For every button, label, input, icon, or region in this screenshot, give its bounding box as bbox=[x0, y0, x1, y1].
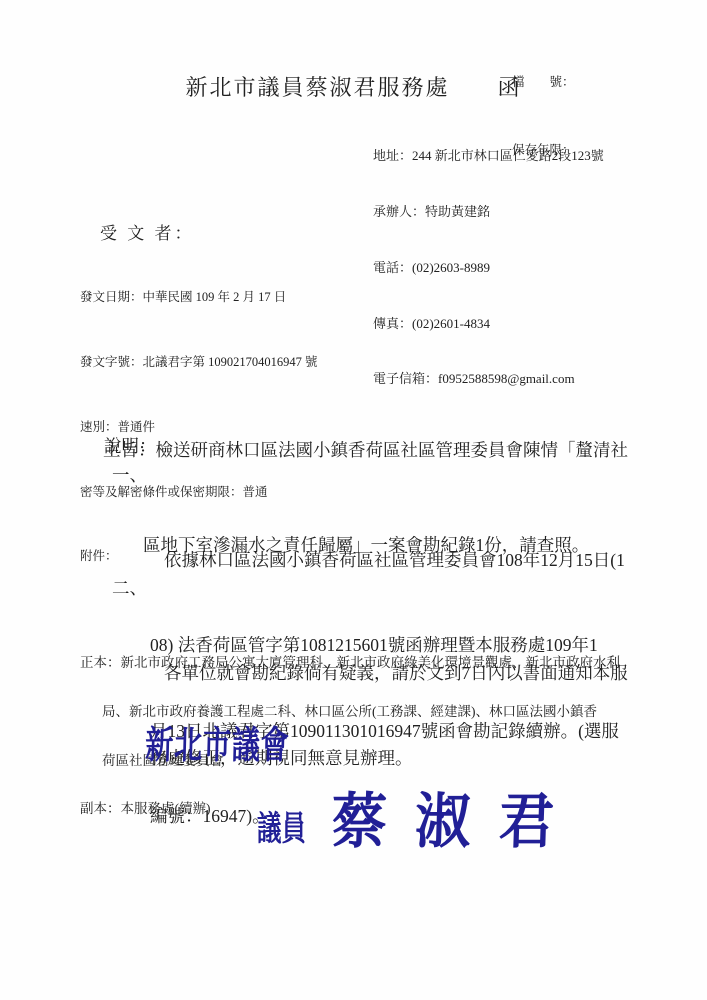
original-copy-label: 正本： bbox=[80, 655, 121, 670]
fax-value: (02)2601-4834 bbox=[412, 316, 490, 331]
handler-label: 承辦人： bbox=[373, 204, 425, 219]
signature-stamp-councilor-name: 蔡 淑 君 bbox=[330, 774, 563, 860]
issue-date-line: 發文日期：中華民國 109 年 2 月 17 日 bbox=[80, 287, 318, 309]
item-1-line-1: 依據林口區法國小鎮香荷區社區管理委員會108年12月15日(1 bbox=[150, 546, 625, 574]
handler-value: 特助黃建銘 bbox=[425, 204, 490, 219]
signature-stamp-council: 新北市議會 bbox=[145, 714, 291, 769]
sender-phone-line: 電話：(02)2603-8989 bbox=[373, 259, 604, 278]
issue-date-value: 中華民國 109 年 2 月 17 日 bbox=[143, 290, 287, 304]
item-1-number: 一、 bbox=[112, 461, 147, 489]
sender-fax-line: 傳真：(02)2601-4834 bbox=[373, 315, 604, 334]
phone-label: 電話： bbox=[373, 260, 412, 275]
signature-stamp-councilor-title: 議員 bbox=[257, 801, 306, 850]
sender-handler-line: 承辦人：特助黃建銘 bbox=[373, 203, 604, 222]
original-copy-text-1: 新北市政府工務局公寓大廈管理科、新北市政府綠美化環境景觀處、新北市政府水利 bbox=[121, 655, 621, 670]
original-copy-line-1: 正本：新北市政府工務局公寓大廈管理科、新北市政府綠美化環境景觀處、新北市政府水利 bbox=[80, 655, 620, 671]
recipient-label: 受 文 者： bbox=[100, 219, 195, 244]
address-value: 244 新北市林口區仁愛路2段123號 bbox=[412, 148, 604, 163]
explanation-label: 說明： bbox=[104, 433, 157, 458]
issue-date-label: 發文日期： bbox=[80, 290, 143, 304]
subject-text-1: 檢送研商林口區法國小鎮香荷區社區管理委員會陳情「釐清社 bbox=[156, 440, 629, 460]
sender-address-line: 地址：244 新北市林口區仁愛路2段123號 bbox=[373, 147, 604, 166]
doc-number-label: 發文字號： bbox=[80, 355, 143, 369]
item-2-number: 二、 bbox=[112, 574, 147, 602]
cc-label: 副本： bbox=[80, 801, 121, 816]
doc-number-line: 發文字號：北議君字第 109021704016947 號 bbox=[80, 352, 318, 374]
phone-value: (02)2603-8989 bbox=[412, 260, 490, 275]
official-letter-page: 檔 號： 保存年限： 新北市議員蔡淑君服務處 函 地址：244 新北市林口區仁愛… bbox=[0, 0, 707, 1000]
cc-value: 本服務處(續辦) bbox=[121, 801, 211, 816]
doc-number-value: 北議君字第 109021704016947 號 bbox=[143, 355, 318, 369]
fax-label: 傳真： bbox=[373, 316, 412, 331]
address-label: 地址： bbox=[373, 148, 412, 163]
document-title: 新北市議員蔡淑君服務處 函 bbox=[0, 71, 707, 102]
